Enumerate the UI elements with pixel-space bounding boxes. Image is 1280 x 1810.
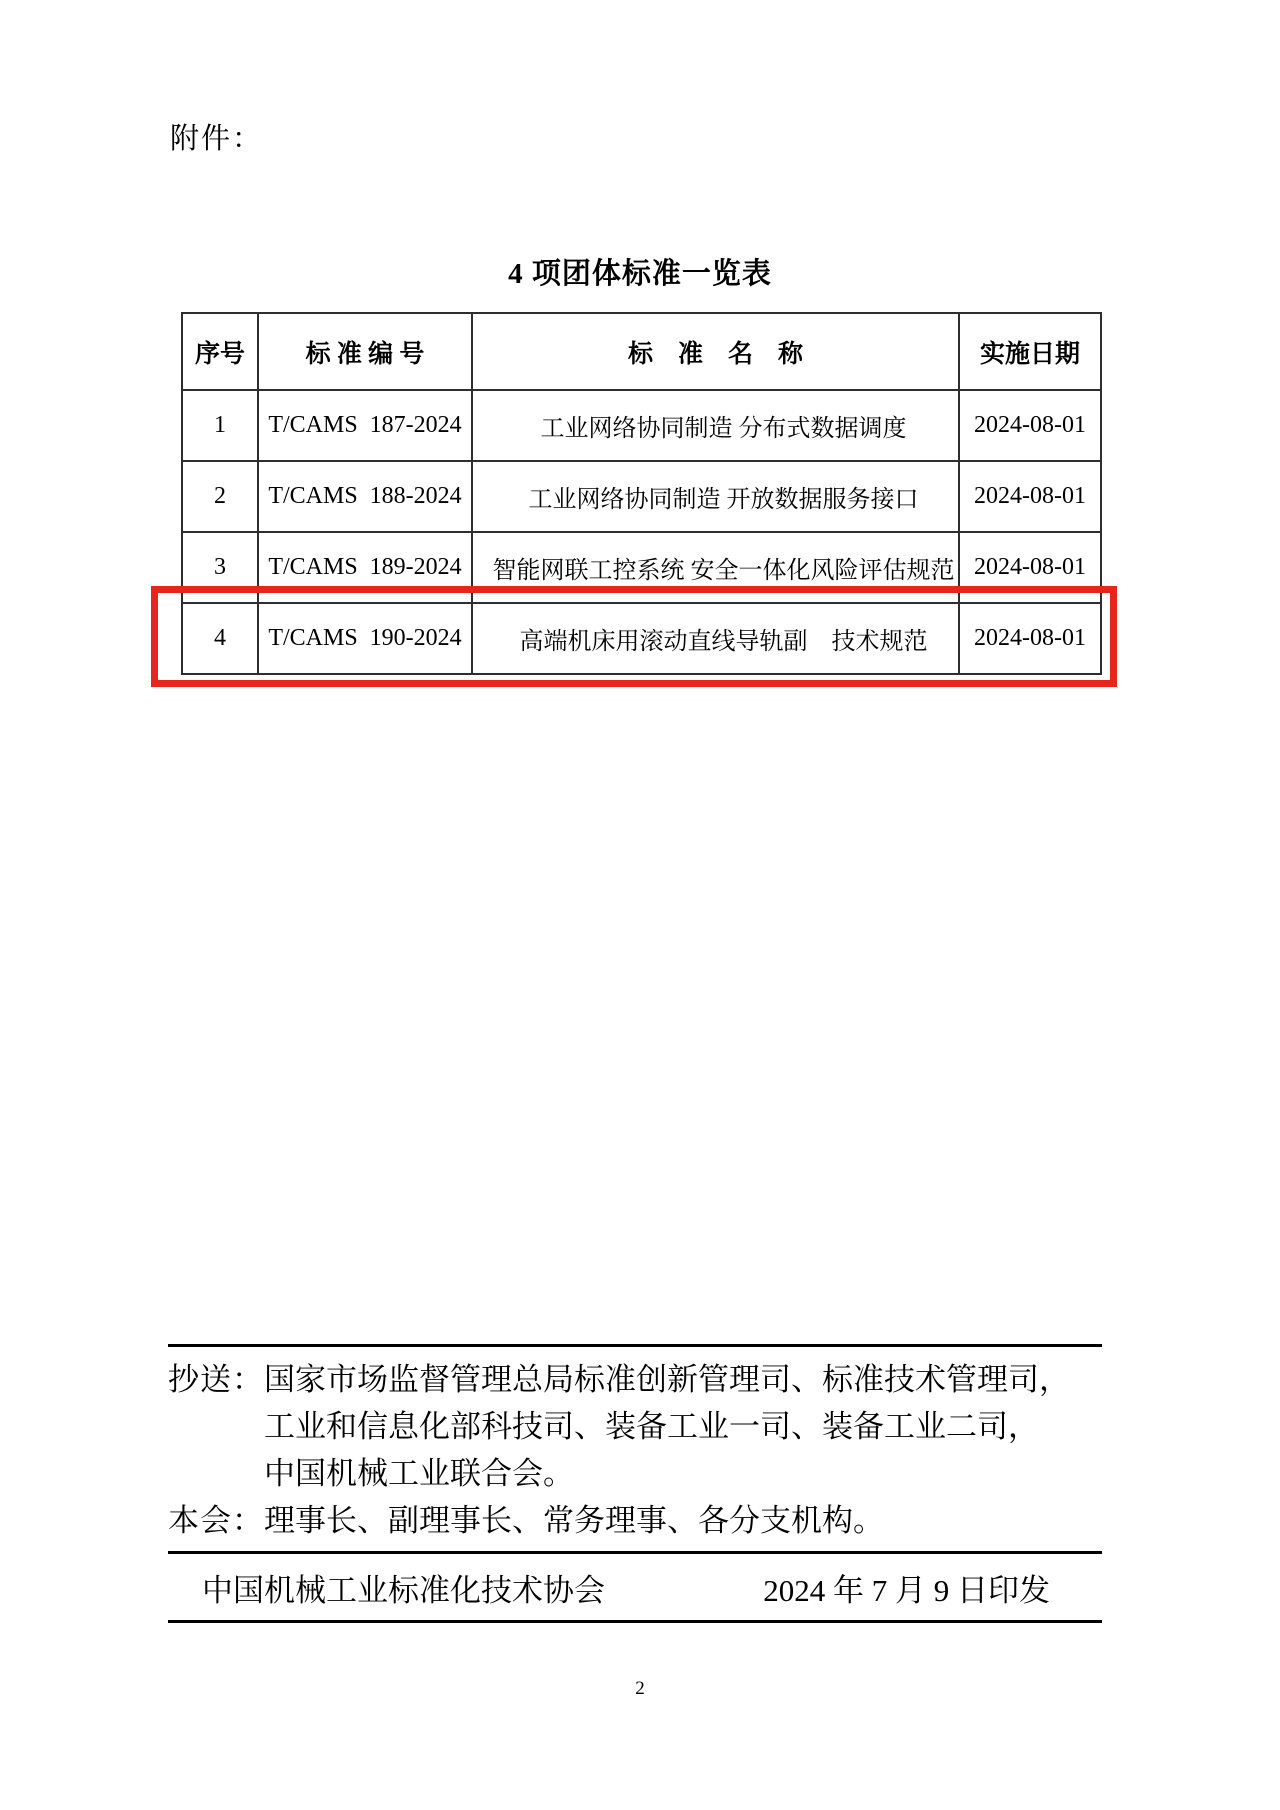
cell-no: 4 (182, 603, 258, 674)
cell-code: T/CAMS 187-2024 (258, 390, 472, 461)
cc-label: 抄送： (168, 1362, 264, 1397)
issue-date: 2024 年 7 月 9 日印发 (763, 1565, 1050, 1610)
header-cell-name: 标 准 名 称 (472, 313, 959, 390)
cell-date: 2024-08-01 (959, 461, 1101, 532)
document-page: 附件： 4 项团体标准一览表 序号 标 准 编 号 标 准 名 称 实施日期 1… (0, 0, 1280, 1810)
cell-date: 2024-08-01 (959, 603, 1101, 674)
cell-code: T/CAMS 190-2024 (258, 603, 472, 674)
association-line: 本会：理事长、副理事长、常务理事、各分支机构。 (168, 1497, 1102, 1544)
cell-name: 高端机床用滚动直线导轨副 技术规范 (472, 603, 959, 674)
cell-name: 工业网络协同制造 开放数据服务接口 (472, 461, 959, 532)
association-label: 本会： (168, 1503, 264, 1538)
cc-text-1: 国家市场监督管理总局标准创新管理司、标准技术管理司， (264, 1362, 1070, 1397)
header-cell-no: 序号 (182, 313, 258, 390)
table-row-highlighted: 4 T/CAMS 190-2024 高端机床用滚动直线导轨副 技术规范 2024… (182, 603, 1101, 674)
cell-date: 2024-08-01 (959, 390, 1101, 461)
footer-rule-bottom (168, 1620, 1102, 1623)
table-header-row: 序号 标 准 编 号 标 准 名 称 实施日期 (182, 313, 1101, 390)
standards-table: 序号 标 准 编 号 标 准 名 称 实施日期 1 T/CAMS 187-202… (181, 312, 1102, 675)
header-cell-code: 标 准 编 号 (258, 313, 472, 390)
association-text: 理事长、副理事长、常务理事、各分支机构。 (264, 1503, 884, 1538)
header-cell-date: 实施日期 (959, 313, 1101, 390)
table-row: 3 T/CAMS 189-2024 智能网联工控系统 安全一体化风险评估规范 2… (182, 532, 1101, 603)
issuer-name: 中国机械工业标准化技术协会 (202, 1565, 605, 1610)
cell-code: T/CAMS 188-2024 (258, 461, 472, 532)
cell-no: 2 (182, 461, 258, 532)
cc-text-3: 中国机械工业联合会。 (168, 1450, 1102, 1497)
table-row: 1 T/CAMS 187-2024 工业网络协同制造 分布式数据调度 2024-… (182, 390, 1101, 461)
cell-name: 工业网络协同制造 分布式数据调度 (472, 390, 959, 461)
cell-no: 3 (182, 532, 258, 603)
table-row: 2 T/CAMS 188-2024 工业网络协同制造 开放数据服务接口 2024… (182, 461, 1101, 532)
attachment-label: 附件： (170, 116, 263, 157)
doc-title: 4 项团体标准一览表 (0, 251, 1280, 292)
cc-line: 抄送：国家市场监督管理总局标准创新管理司、标准技术管理司， (168, 1356, 1102, 1403)
footer-rule-top (168, 1344, 1102, 1347)
issuer-row: 中国机械工业标准化技术协会 2024 年 7 月 9 日印发 (168, 1554, 1102, 1620)
cell-code: T/CAMS 189-2024 (258, 532, 472, 603)
footer: 抄送：国家市场监督管理总局标准创新管理司、标准技术管理司， 工业和信息化部科技司… (168, 1344, 1102, 1623)
cell-date: 2024-08-01 (959, 532, 1101, 603)
cell-name: 智能网联工控系统 安全一体化风险评估规范 (472, 532, 959, 603)
cell-no: 1 (182, 390, 258, 461)
cc-text-2: 工业和信息化部科技司、装备工业一司、装备工业二司， (168, 1403, 1102, 1450)
page-number: 2 (0, 1678, 1280, 1700)
